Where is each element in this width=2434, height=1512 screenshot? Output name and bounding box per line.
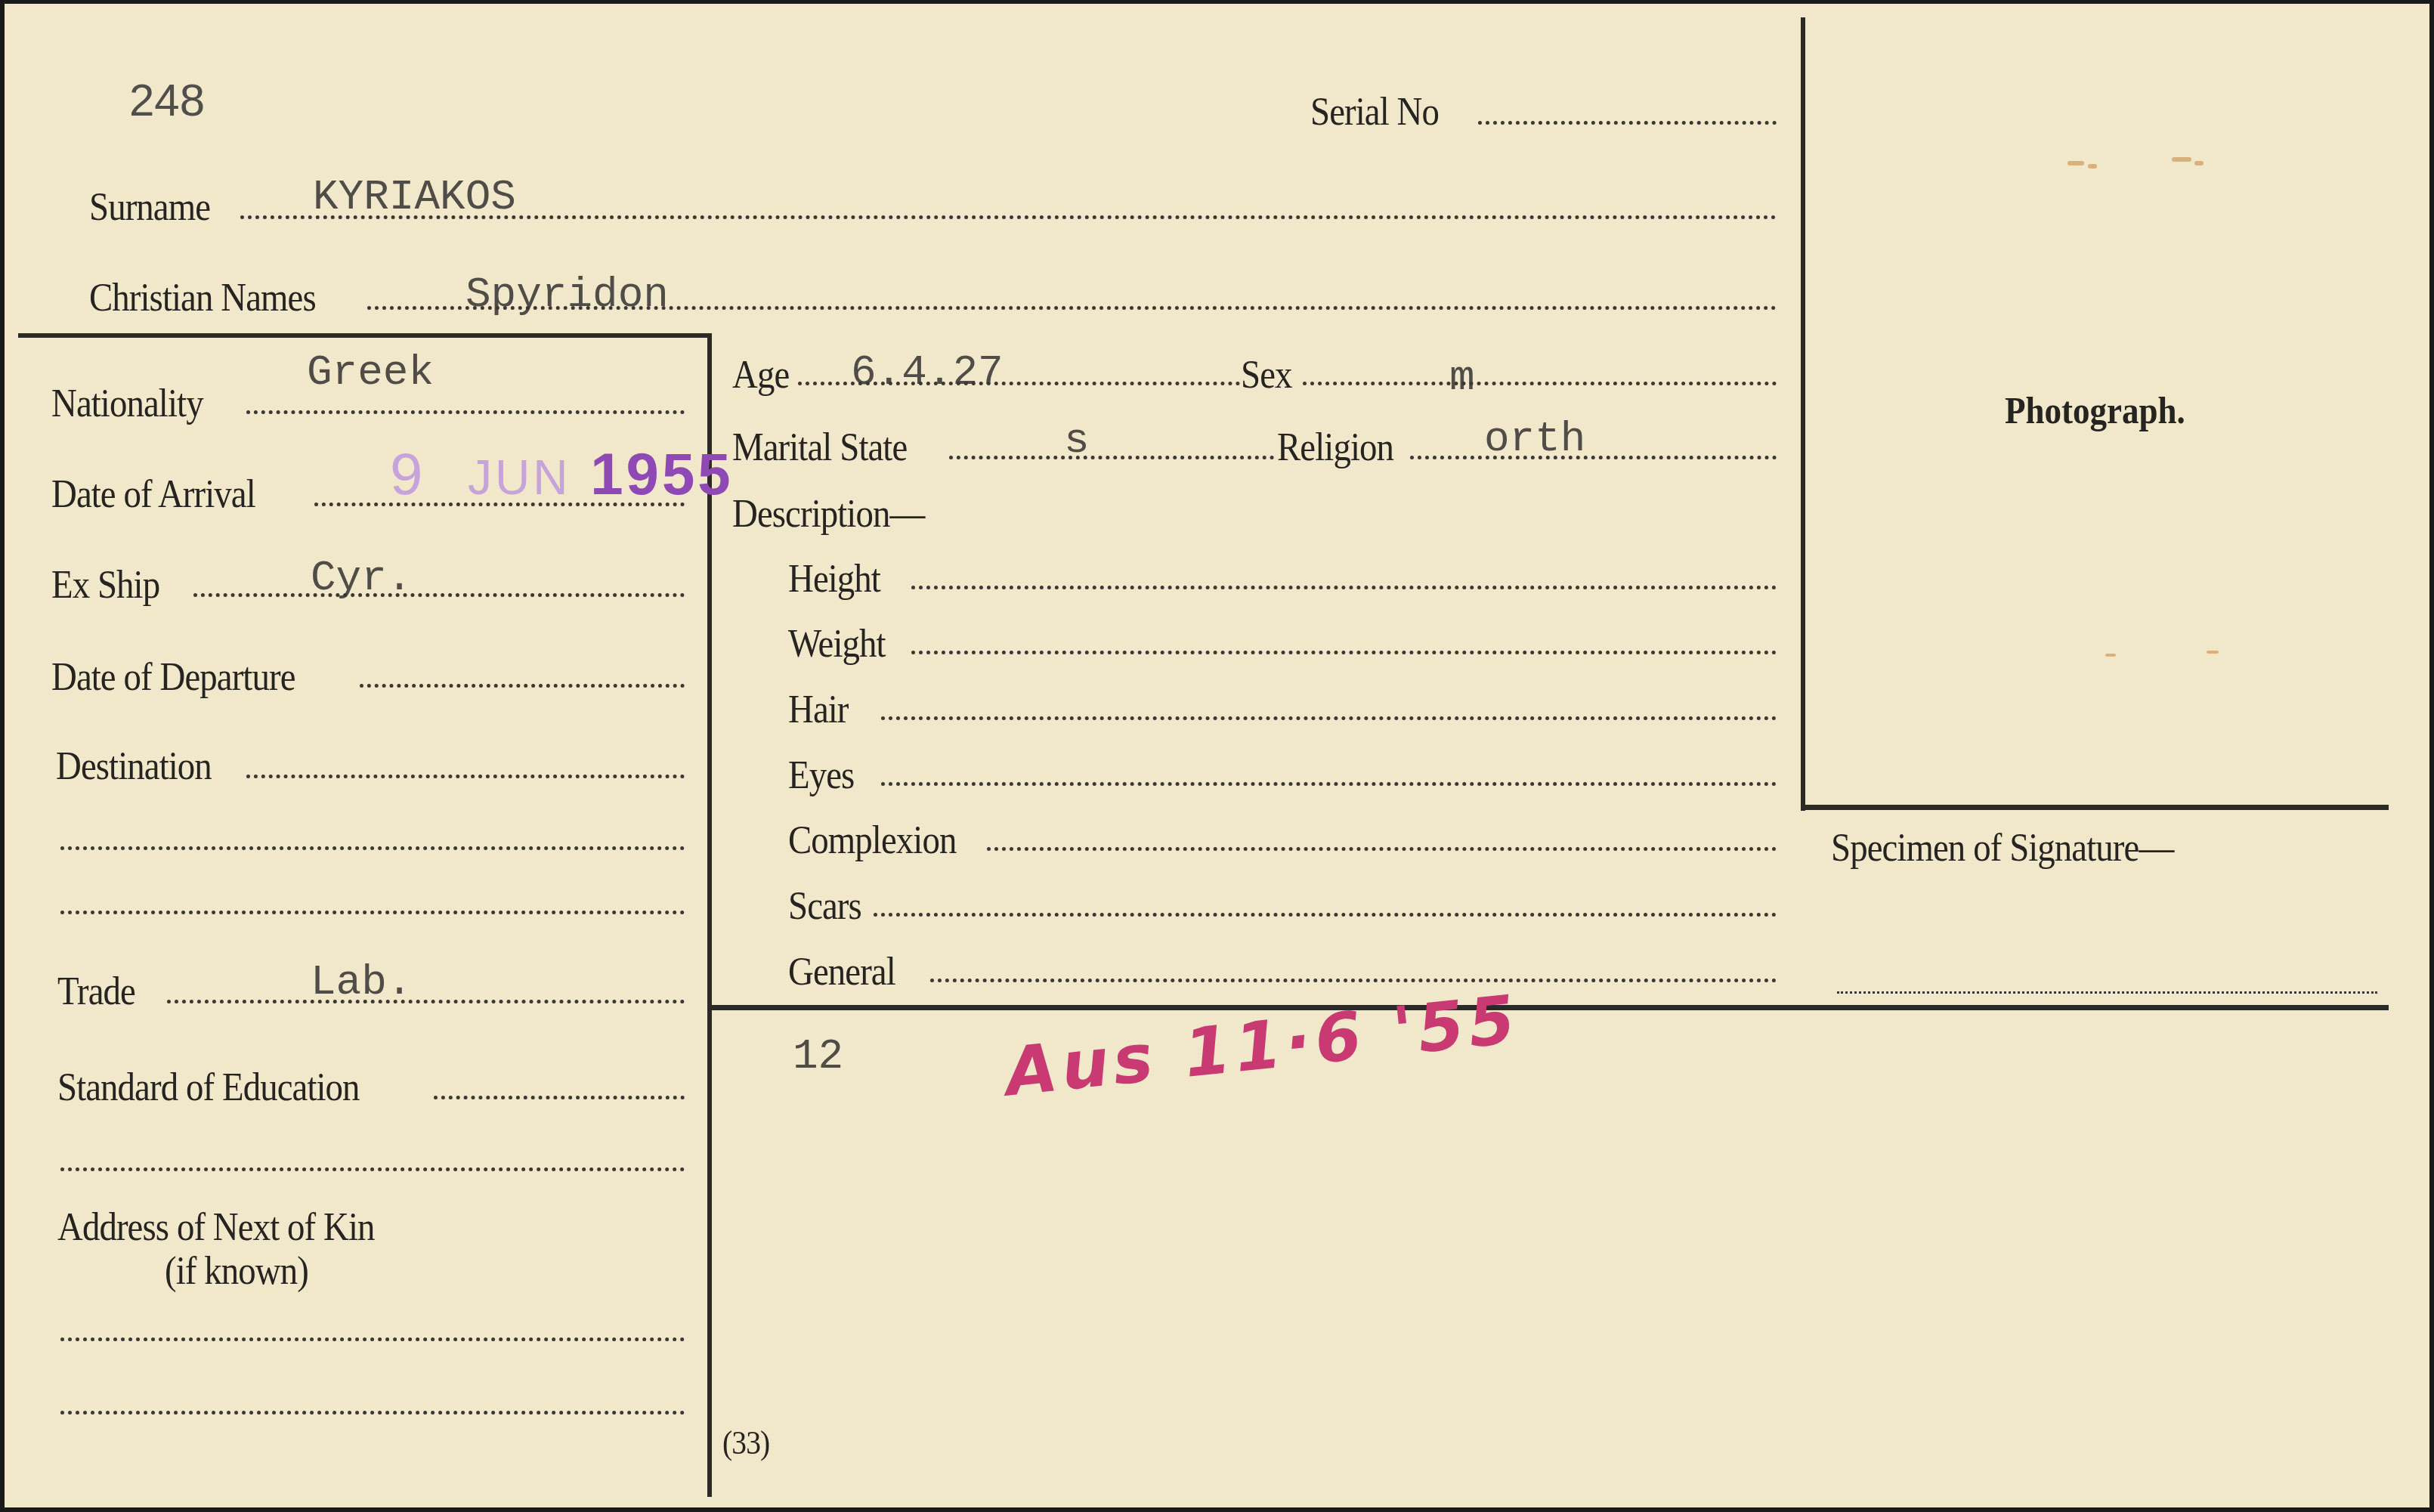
religion-label: Religion (1277, 425, 1393, 471)
marital-state-field[interactable] (949, 456, 1274, 459)
trade-label: Trade (57, 969, 135, 1015)
christian-names-value: Spyridon (465, 272, 669, 317)
photograph-box: Photograph. (1805, 23, 2389, 805)
surname-label: Surname (89, 185, 210, 230)
description-label: Description— (732, 492, 924, 537)
stamp-day: 9 (390, 441, 425, 507)
age-label: Age (732, 353, 789, 398)
trade-field[interactable] (167, 1000, 685, 1003)
serial-no-label: Serial No (1310, 90, 1439, 135)
height-label: Height (788, 557, 880, 602)
marital-state-label: Marital State (732, 425, 907, 471)
stamp-year: 1955 (590, 441, 734, 507)
date-of-departure-label: Date of Departure (51, 655, 295, 700)
rust-mark (2068, 161, 2084, 165)
marital-state-value: s (1064, 418, 1090, 463)
destination-label: Destination (56, 744, 212, 790)
destination-field-3[interactable] (60, 911, 685, 914)
ex-ship-value: Cyr. (311, 555, 412, 601)
next-of-kin-sublabel: (if known) (165, 1249, 308, 1294)
religion-value: orth (1484, 416, 1585, 462)
sex-value: m (1449, 355, 1475, 400)
serial-no-field[interactable] (1478, 121, 1777, 125)
date-of-arrival-label: Date of Arrival (51, 472, 255, 518)
eyes-label: Eyes (788, 753, 854, 799)
next-of-kin-field-1[interactable] (60, 1337, 685, 1341)
arrival-date-stamp: 9 JUN 1955 (390, 444, 734, 508)
rust-mark (2172, 157, 2191, 162)
registration-card: 248 Serial No Surname KYRIAKOS Christian… (5, 4, 2429, 1507)
record-number: 248 (129, 78, 205, 123)
nationality-field[interactable] (246, 410, 685, 414)
rust-mark (2194, 161, 2204, 165)
standard-of-education-label: Standard of Education (57, 1065, 360, 1111)
height-field[interactable] (911, 586, 1777, 589)
scars-label: Scars (788, 884, 861, 929)
typed-note-number: 12 (793, 1034, 843, 1079)
handwritten-annotation: Aus 11·6 '55 (1002, 985, 1523, 1107)
complexion-field[interactable] (987, 847, 1777, 851)
trade-value: Lab. (311, 960, 412, 1005)
destination-field-1[interactable] (246, 775, 685, 778)
stamp-month: JUN (468, 450, 571, 505)
ex-ship-label: Ex Ship (51, 563, 159, 608)
standard-of-education-field-2[interactable] (60, 1167, 685, 1171)
sex-label: Sex (1241, 353, 1292, 398)
nationality-value: Greek (307, 350, 434, 395)
left-top-rule (18, 333, 712, 338)
age-value: 6.4.27 (851, 350, 1004, 395)
nationality-label: Nationality (51, 382, 203, 427)
left-vertical-divider (707, 333, 712, 1497)
next-of-kin-label: Address of Next of Kin (57, 1205, 375, 1251)
signature-field[interactable] (1837, 991, 2377, 994)
standard-of-education-field-1[interactable] (434, 1096, 685, 1099)
next-of-kin-field-2[interactable] (60, 1411, 685, 1415)
date-of-departure-field[interactable] (360, 684, 685, 688)
hair-field[interactable] (881, 716, 1777, 720)
surname-value: KYRIAKOS (313, 175, 516, 220)
rust-mark (2105, 654, 2116, 657)
scars-field[interactable] (874, 913, 1777, 917)
general-field[interactable] (930, 979, 1777, 982)
eyes-field[interactable] (881, 782, 1777, 786)
photo-box-bottom-border (1801, 805, 2389, 810)
signature-label: Specimen of Signature— (1831, 826, 2173, 871)
rust-mark (2088, 164, 2097, 169)
sex-field[interactable] (1303, 382, 1777, 385)
christian-names-label: Christian Names (89, 276, 316, 321)
weight-label: Weight (788, 622, 886, 667)
complexion-label: Complexion (788, 818, 956, 864)
weight-field[interactable] (911, 651, 1777, 654)
description-bottom-rule (712, 1005, 2389, 1010)
form-number: (33) (722, 1421, 769, 1466)
religion-field[interactable] (1410, 456, 1777, 459)
hair-label: Hair (788, 688, 849, 733)
ex-ship-field[interactable] (193, 593, 685, 597)
destination-field-2[interactable] (60, 846, 685, 850)
rust-mark (2207, 651, 2219, 654)
photograph-label: Photograph. (2005, 388, 2185, 432)
general-label: General (788, 950, 895, 995)
